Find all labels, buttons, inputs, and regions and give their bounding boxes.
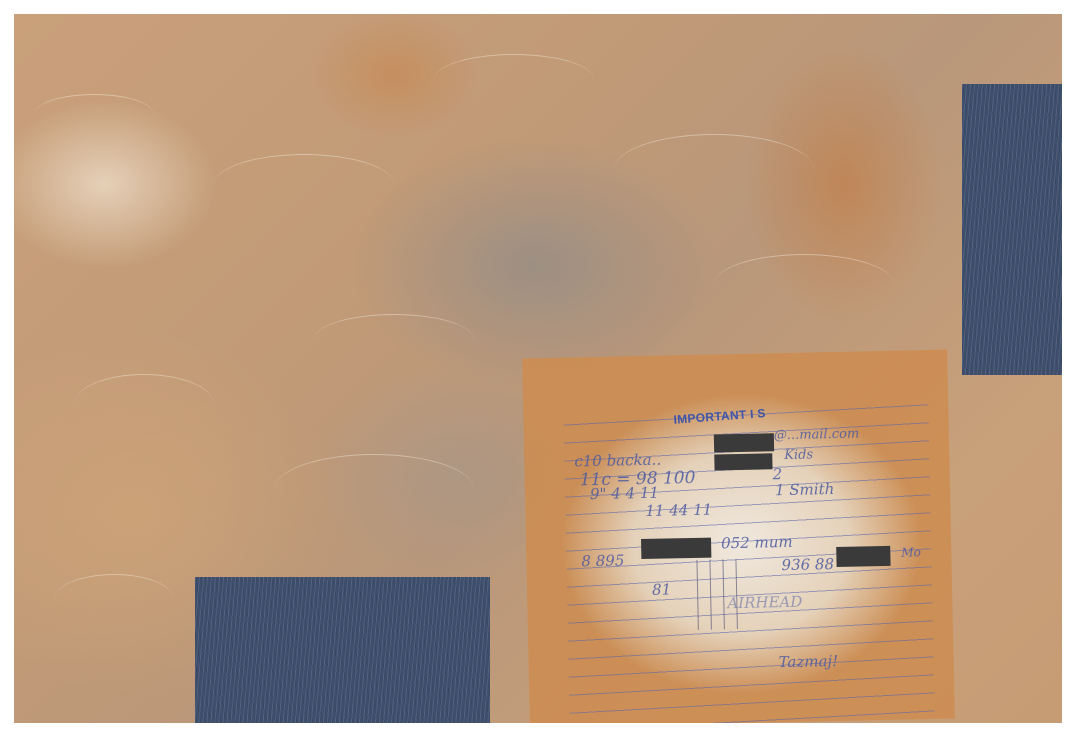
scratch-mark (614, 134, 814, 205)
handwriting: Mo (901, 545, 921, 559)
handwriting: AIRHEAD (727, 593, 802, 613)
handwriting: Tazmaj! (778, 652, 838, 671)
scratch-mark (54, 574, 174, 625)
handwriting: 936 88 (781, 555, 834, 574)
scratch-mark (434, 54, 594, 105)
redaction-bar (714, 453, 772, 470)
notebook-page: IMPORTANT I S c10 backa.. @...mail.com K… (522, 350, 955, 723)
scratch-mark (714, 254, 894, 315)
handwriting: c10 backa.. (574, 451, 661, 471)
scratch-mark (274, 454, 474, 525)
handwriting: 8 895 (581, 551, 624, 570)
scratch-mark (74, 374, 214, 435)
redaction-bar (714, 433, 774, 452)
redaction-bar (641, 538, 711, 559)
scratch-mark (34, 94, 154, 135)
handwriting: 11 44 11 (645, 501, 712, 520)
scratch-mark (214, 154, 394, 215)
handwriting: @...mail.com (774, 426, 860, 443)
handwriting: 81 (652, 580, 671, 598)
handwriting: 9" 4 4 11 (590, 484, 659, 503)
handwriting: Kids (784, 447, 813, 463)
handwriting: 052 mum (721, 533, 793, 552)
scratch-mark (314, 314, 474, 365)
redaction-bar (836, 546, 890, 567)
blue-panel-bottom (195, 577, 490, 723)
painted-canvas: IMPORTANT I S c10 backa.. @...mail.com K… (14, 14, 1062, 723)
handwriting: 1 Smith (775, 480, 835, 499)
blue-panel-right (962, 84, 1062, 375)
